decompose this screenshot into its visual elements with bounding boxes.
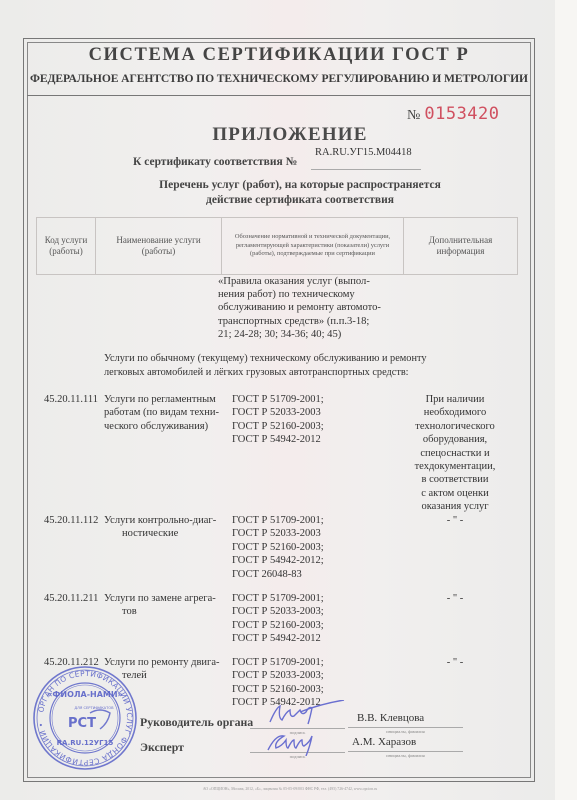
info-line: - " - bbox=[395, 656, 515, 669]
svg-text:RA.RU.12УГ15: RA.RU.12УГ15 bbox=[57, 739, 114, 747]
head-of-body-label: Руководитель органа bbox=[140, 715, 253, 730]
rules-reference-line: обслуживанию и ремонту автомото- bbox=[218, 301, 418, 314]
system-title: СИСТЕМА СЕРТИФИКАЦИИ ГОСТ Р bbox=[27, 45, 531, 66]
standard-item: ГОСТ Р 51709-2001; bbox=[232, 393, 372, 406]
service-standards: ГОСТ Р 51709-2001;ГОСТ Р 52033-2003;ГОСТ… bbox=[232, 592, 372, 646]
certificate-number-line bbox=[311, 169, 421, 170]
expert-name: А.М. Харазов bbox=[352, 736, 416, 748]
header-code: Код услуги (работы) bbox=[37, 218, 96, 275]
rules-reference: «Правила оказания услуг (выпол-нения раб… bbox=[218, 275, 418, 341]
appendix-title: ПРИЛОЖЕНИЕ bbox=[190, 124, 390, 146]
list-title-line: действие сертификата соответствия bbox=[150, 193, 450, 208]
service-name-line: работам (по видам техни- bbox=[104, 406, 232, 419]
service-standards: ГОСТ Р 51709-2001;ГОСТ Р 52033-2003ГОСТ … bbox=[232, 514, 372, 581]
standard-item: ГОСТ Р 52033-2003 bbox=[232, 527, 372, 540]
standard-item: ГОСТ Р 52160-2003; bbox=[232, 541, 372, 554]
info-line: оборудования, bbox=[395, 433, 515, 446]
info-line: - " - bbox=[395, 514, 515, 527]
service-name-line: Услуги по регламентным bbox=[104, 393, 232, 406]
expert-name-line bbox=[348, 751, 463, 752]
service-code: 45.20.11.211 bbox=[44, 592, 98, 605]
service-standards: ГОСТ Р 51709-2001;ГОСТ Р 52033-2003ГОСТ … bbox=[232, 393, 372, 447]
service-code: 45.20.11.112 bbox=[44, 514, 98, 527]
expert-label: Эксперт bbox=[140, 740, 184, 755]
service-name-line: ческого обслуживания) bbox=[104, 420, 232, 433]
info-line: с актом оценки bbox=[395, 487, 515, 500]
head-name-line bbox=[348, 727, 463, 728]
service-name-line: тов bbox=[104, 605, 232, 618]
rules-reference-line: «Правила оказания услуг (выпол- bbox=[218, 275, 418, 288]
to-certificate-label: К сертификату соответствия № bbox=[133, 156, 297, 168]
standard-item: ГОСТ Р 51709-2001; bbox=[232, 514, 372, 527]
header-divider bbox=[27, 95, 531, 96]
expert-signature bbox=[262, 728, 347, 756]
rules-reference-line: нения работ) по техническому bbox=[218, 288, 418, 301]
standard-item: ГОСТ Р 52160-2003; bbox=[232, 619, 372, 632]
info-line: в соответствии bbox=[395, 473, 515, 486]
service-additional-info: - " - bbox=[395, 656, 515, 669]
standard-item: ГОСТ Р 54942-2012; bbox=[232, 554, 372, 567]
standard-item: ГОСТ Р 52160-2003; bbox=[232, 683, 372, 696]
service-name-line: Услуги контрольно-диаг- bbox=[104, 514, 232, 527]
standard-item: ГОСТ Р 52160-2003; bbox=[232, 420, 372, 433]
info-line: технологического bbox=[395, 420, 515, 433]
info-line: - " - bbox=[395, 592, 515, 605]
rules-reference-line: транспортных средств» (п.п.3-18; bbox=[218, 315, 418, 328]
service-name: Услуги по регламентнымработам (по видам … bbox=[104, 393, 232, 433]
agency-title: ФЕДЕРАЛЬНОЕ АГЕНТСТВО ПО ТЕХНИЧЕСКОМУ РЕ… bbox=[27, 72, 531, 85]
standard-item: ГОСТ Р 51709-2001; bbox=[232, 656, 372, 669]
service-name: Услуги по замене агрега-тов bbox=[104, 592, 232, 619]
info-line: спецоснастки и bbox=[395, 447, 515, 460]
certification-stamp: ОРГАН ПО СЕРТИФИКАЦИИ УСЛУГ ФОНДА СЕРТИФ… bbox=[32, 665, 138, 771]
printer-info: АО «ОПЦИОН», Москва, 2012, «Б», лицензия… bbox=[120, 787, 460, 791]
head-signature bbox=[262, 700, 347, 728]
standard-item: ГОСТ Р 52033-2003 bbox=[232, 406, 372, 419]
info-line: При наличии bbox=[395, 393, 515, 406]
header-name: Наименование услуги (работы) bbox=[96, 218, 222, 275]
service-code: 45.20.11.111 bbox=[44, 393, 98, 406]
svg-text:«ФИОЛА-НАМИ»: «ФИОЛА-НАМИ» bbox=[47, 690, 122, 699]
service-name-line: ностические bbox=[104, 527, 232, 540]
standard-item: ГОСТ Р 51709-2001; bbox=[232, 592, 372, 605]
service-name: Услуги контрольно-диаг-ностические bbox=[104, 514, 232, 541]
standard-item: ГОСТ Р 54942-2012 bbox=[232, 433, 372, 446]
standard-item: ГОСТ 26048-83 bbox=[232, 568, 372, 581]
svg-text:РСТ: РСТ bbox=[68, 716, 96, 731]
rules-reference-line: 21; 24-28; 30; 34-36; 40; 45) bbox=[218, 328, 418, 341]
expert-name-caption: инициалы, фамилия bbox=[348, 753, 463, 758]
document-number-value: 0153420 bbox=[424, 104, 499, 124]
header-standards: Обозначение нормативной и технической до… bbox=[222, 218, 404, 275]
standard-item: ГОСТ Р 52033-2003; bbox=[232, 669, 372, 682]
service-additional-info: - " - bbox=[395, 592, 515, 605]
document-number: № 0153420 bbox=[407, 104, 500, 124]
services-table-header: Код услуги (работы) Наименование услуги … bbox=[36, 217, 518, 275]
info-line: необходимого bbox=[395, 406, 515, 419]
info-line: техдокументации, bbox=[395, 460, 515, 473]
service-additional-info: - " - bbox=[395, 514, 515, 527]
list-title-line: Перечень услуг (работ), на которые распр… bbox=[150, 178, 450, 193]
svg-text:ДЛЯ СЕРТИФИКАТОВ: ДЛЯ СЕРТИФИКАТОВ bbox=[74, 706, 114, 710]
service-name-line: Услуги по замене агрега- bbox=[104, 592, 232, 605]
head-name: В.В. Клевцова bbox=[357, 712, 424, 724]
list-title: Перечень услуг (работ), на которые распр… bbox=[150, 178, 450, 208]
head-name-caption: инициалы, фамилия bbox=[348, 729, 463, 734]
number-sign: № bbox=[407, 108, 420, 123]
section-intro: Услуги по обычному (текущему) техническо… bbox=[104, 352, 524, 380]
standard-item: ГОСТ Р 54942-2012 bbox=[232, 632, 372, 645]
section-intro-line: легковых автомобилей и лёгких грузовых а… bbox=[104, 366, 524, 380]
standard-item: ГОСТ Р 52033-2003; bbox=[232, 605, 372, 618]
header-additional-info: Дополнительная информация bbox=[404, 218, 518, 275]
section-intro-line: Услуги по обычному (текущему) техническо… bbox=[104, 352, 524, 366]
certificate-reg-number: RA.RU.УГ15.М04418 bbox=[315, 147, 412, 158]
info-line: оказания услуг bbox=[395, 500, 515, 513]
scan-edge bbox=[555, 0, 577, 800]
service-additional-info: При наличиинеобходимоготехнологическогоо… bbox=[395, 393, 515, 514]
